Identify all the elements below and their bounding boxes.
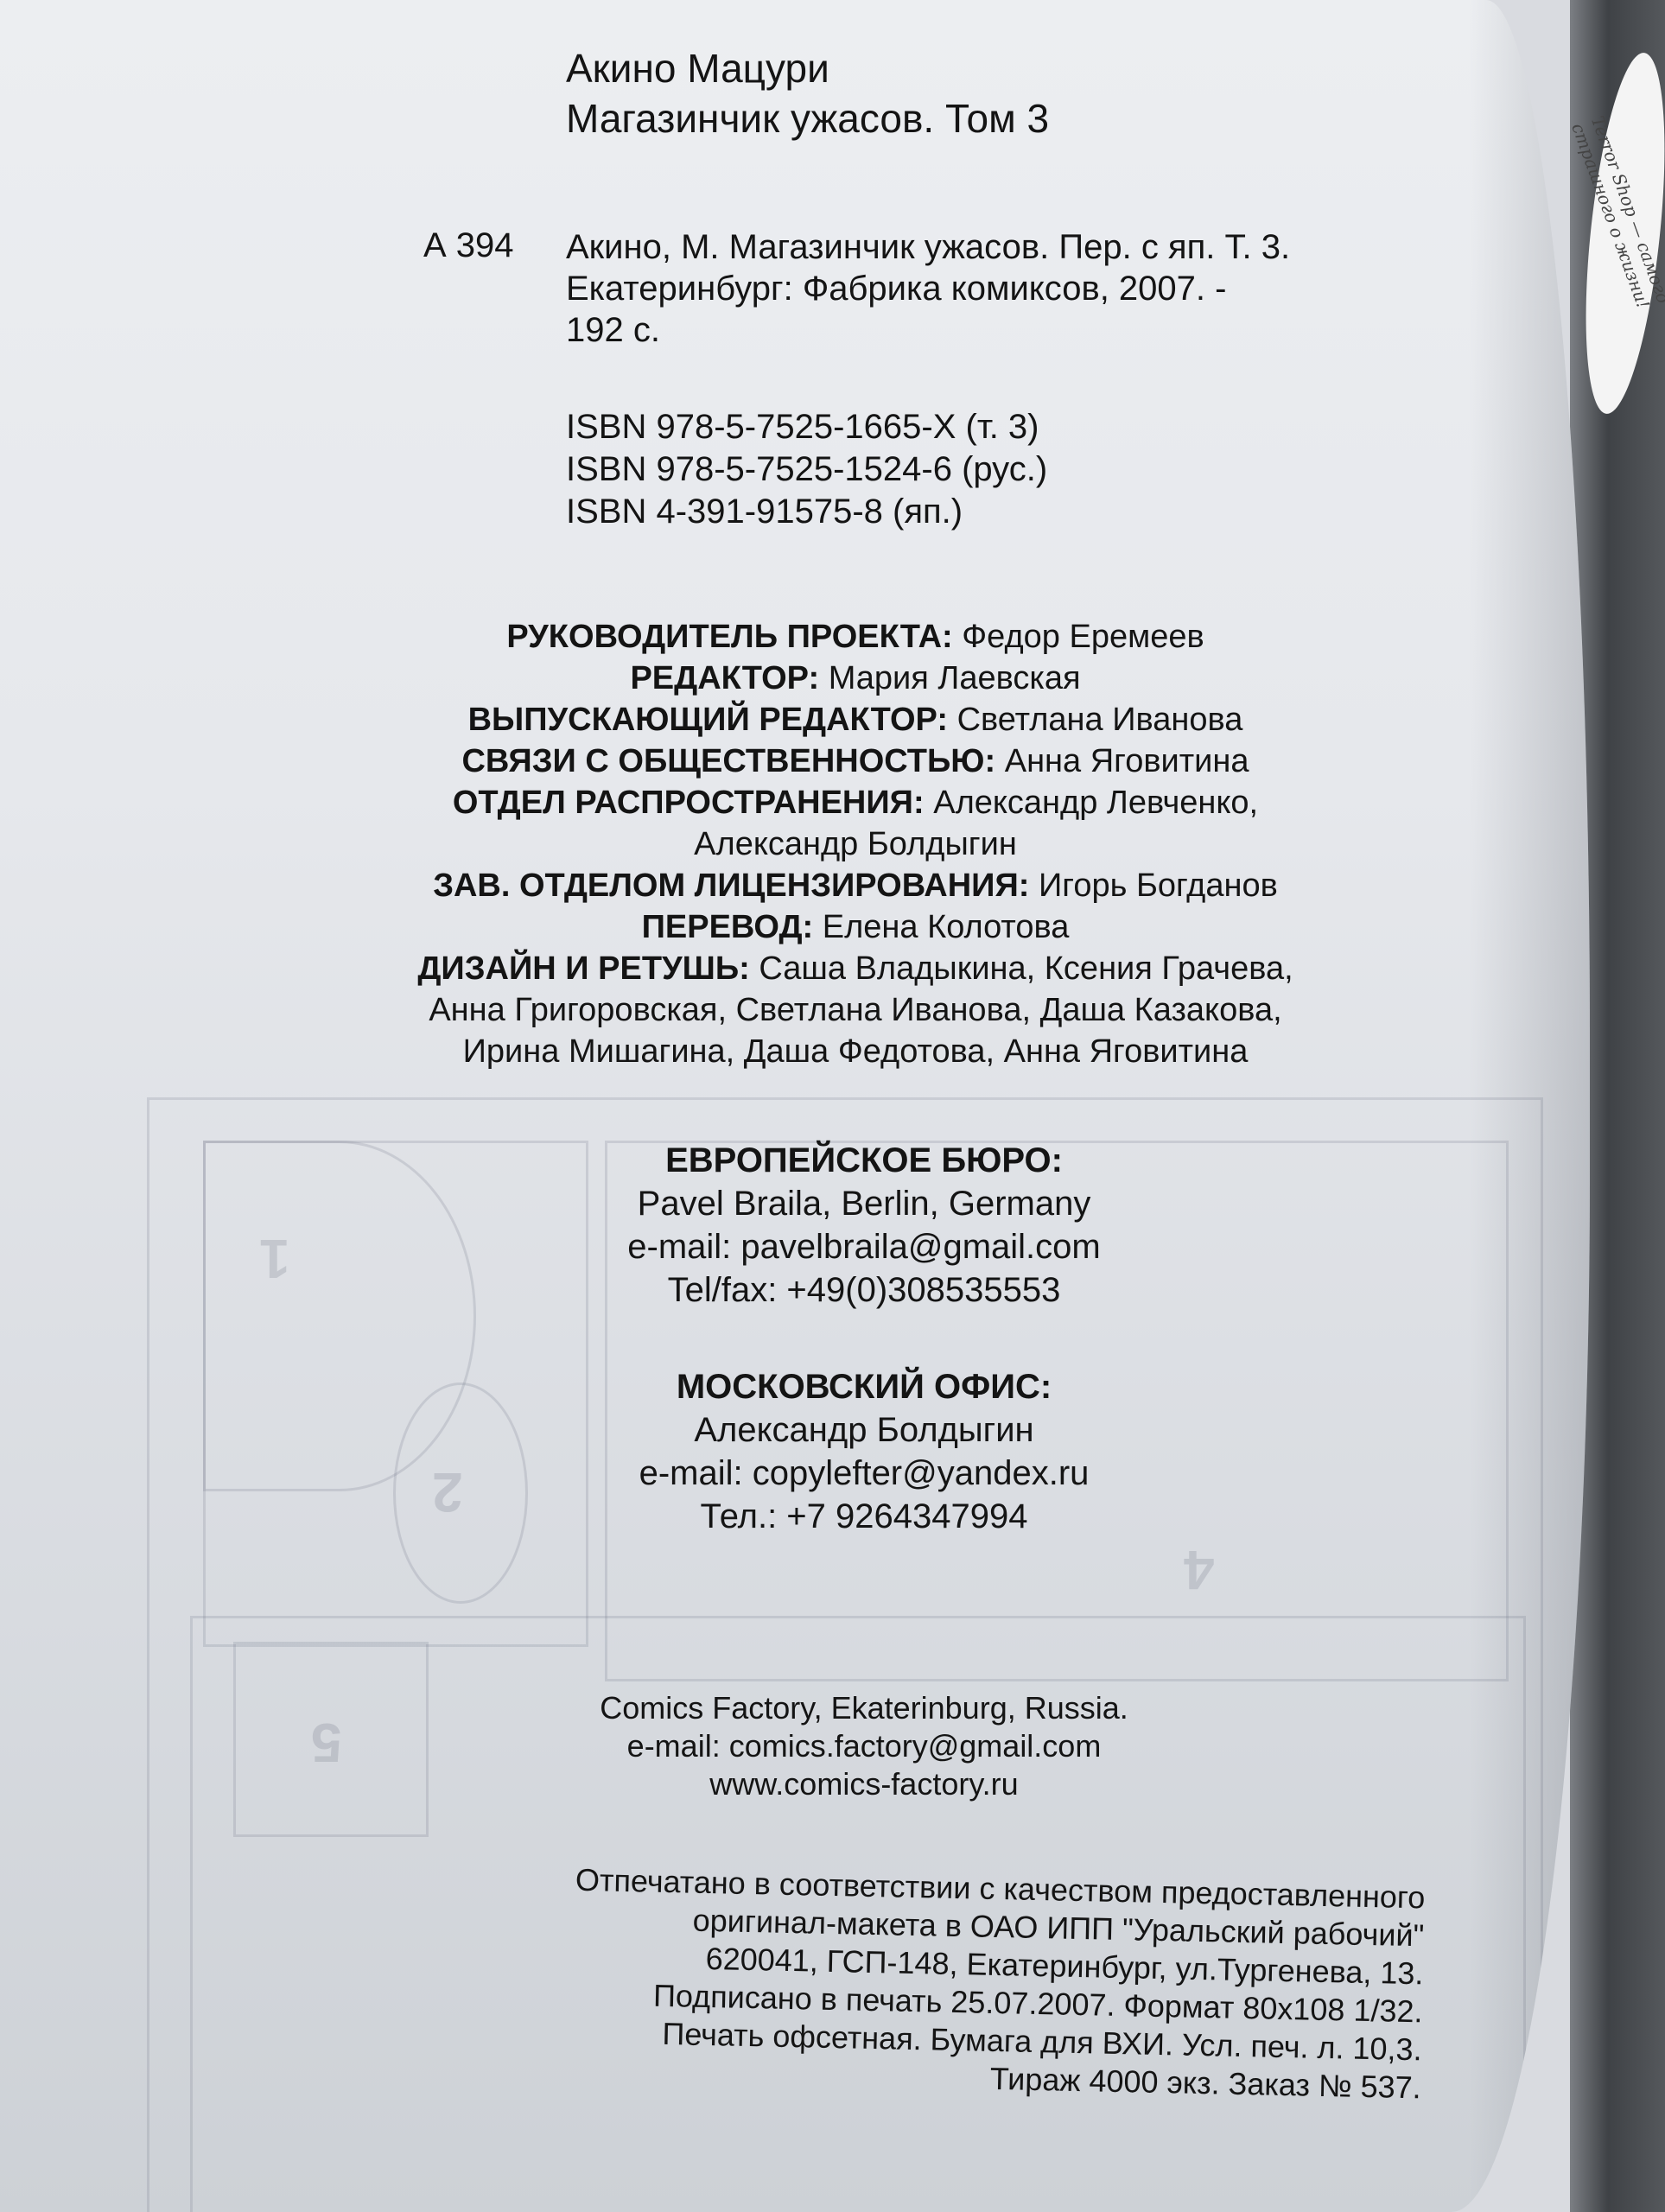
publisher-name: Comics Factory, Ekaterinburg, Russia. [432,1689,1296,1727]
moscow-office-email: e-mail: copylefter@yandex.ru [432,1452,1296,1495]
credit-line: ВЫПУСКАЮЩИЙ РЕДАКТОР: Светлана Иванова [242,699,1469,741]
isbn-line: ISBN 978-5-7525-1665-X (т. 3) [566,406,1047,448]
credit-line: ПЕРЕВОД: Елена Колотова [242,906,1469,948]
european-office-email: e-mail: pavelbraila@gmail.com [432,1225,1296,1268]
isbn-list: ISBN 978-5-7525-1665-X (т. 3) ISBN 978-5… [566,406,1047,533]
credit-line: СВЯЗИ С ОБЩЕСТВЕННОСТЬЮ: Анна Яговитина [242,741,1469,782]
credit-line: РЕДАКТОР: Мария Лаевская [242,658,1469,699]
catalog-code: А 394 [423,226,514,265]
european-office-heading: ЕВРОПЕЙСКОЕ БЮРО: [432,1139,1296,1182]
publisher-website: www.comics-factory.ru [432,1765,1296,1803]
isbn-line: ISBN 978-5-7525-1524-6 (рус.) [566,448,1047,491]
book-page: 1 2 4 5 Акино Мацури Магазинчик ужасов. … [0,0,1590,2212]
moscow-office-name: Александр Болдыгин [432,1408,1296,1452]
moscow-office-heading: МОСКОВСКИЙ ОФИС: [432,1365,1296,1408]
publisher-email: e-mail: comics.factory@gmail.com [432,1727,1296,1765]
print-info: Отпечатано в соответствии с качеством пр… [332,1856,1425,2107]
isbn-line: ISBN 4-391-91575-8 (яп.) [566,491,1047,533]
european-office-phone: Tel/fax: +49(0)308535553 [432,1268,1296,1312]
author-name: Акино Мацури [566,43,1049,93]
credit-line: Ирина Мишагина, Даша Федотова, Анна Ягов… [242,1031,1469,1072]
book-title: Магазинчик ужасов. Том 3 [566,93,1049,143]
credit-line: ДИЗАЙН И РЕТУШЬ: Саша Владыкина, Ксения … [242,948,1469,989]
catalog-line: Акино, М. Магазинчик ужасов. Пер. с яп. … [566,226,1290,268]
credit-line: РУКОВОДИТЕЛЬ ПРОЕКТА: Федор Еремеев [242,616,1469,658]
ghost-panel-number: 4 [1184,1538,1215,1602]
credit-line: ЗАВ. ОТДЕЛОМ ЛИЦЕНЗИРОВАНИЯ: Игорь Богда… [242,865,1469,906]
european-office: ЕВРОПЕЙСКОЕ БЮРО: Pavel Braila, Berlin, … [432,1139,1296,1312]
catalog-description: Акино, М. Магазинчик ужасов. Пер. с яп. … [566,226,1290,351]
ghost-panel-number: 5 [311,1711,342,1775]
ghost-panel-number: 1 [259,1227,290,1291]
book-heading: Акино Мацури Магазинчик ужасов. Том 3 [566,43,1049,143]
catalog-line: 192 с. [566,309,1290,351]
european-office-name: Pavel Braila, Berlin, Germany [432,1182,1296,1225]
credit-line: Анна Григоровская, Светлана Иванова, Даш… [242,989,1469,1031]
credits-block: РУКОВОДИТЕЛЬ ПРОЕКТА: Федор Еремеев РЕДА… [242,616,1469,1072]
catalog-line: Екатеринбург: Фабрика комиксов, 2007. - [566,268,1290,309]
publisher-info: Comics Factory, Ekaterinburg, Russia. e-… [432,1689,1296,1803]
moscow-office-phone: Тел.: +7 9264347994 [432,1495,1296,1538]
moscow-office: МОСКОВСКИЙ ОФИС: Александр Болдыгин e-ma… [432,1365,1296,1538]
credit-line: Александр Болдыгин [242,823,1469,865]
credit-line: ОТДЕЛ РАСПРОСТРАНЕНИЯ: Александр Левченк… [242,782,1469,823]
